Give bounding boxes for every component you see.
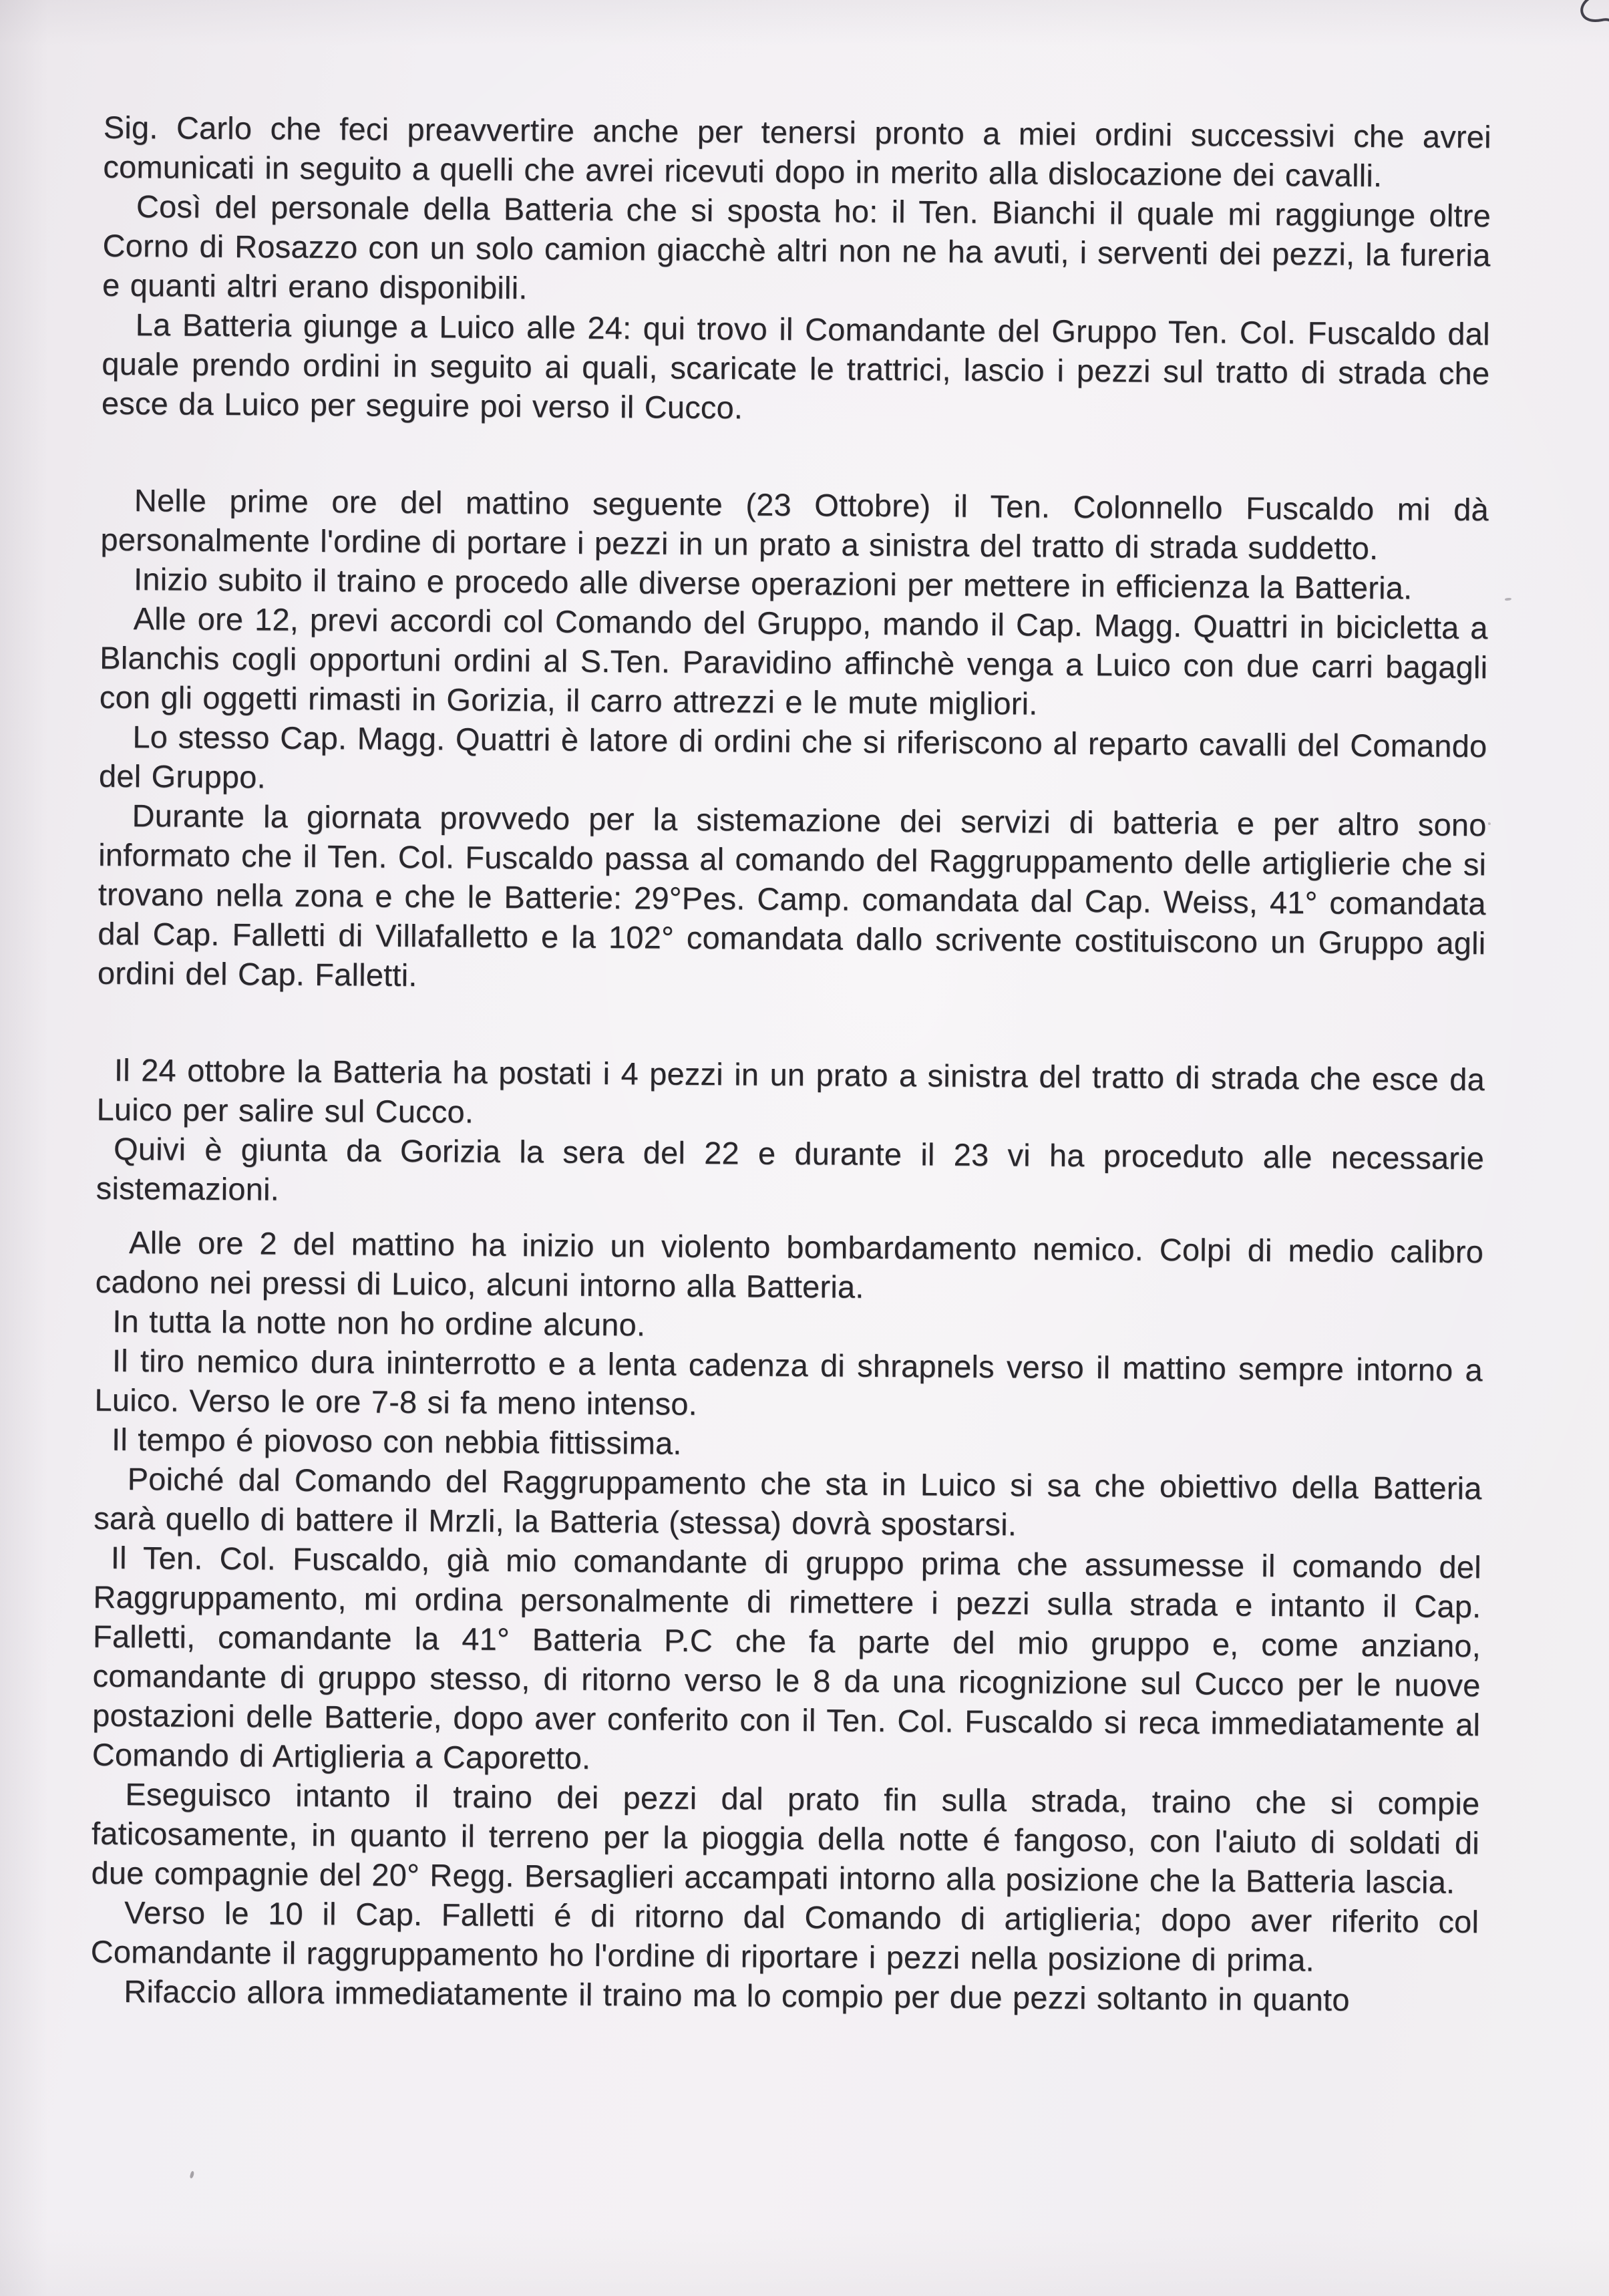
paragraph: Il 24 ottobre la Batteria ha postati i 4…	[96, 1050, 1485, 1139]
paragraph: Verso le 10 il Cap. Falletti é di ritorn…	[91, 1893, 1479, 1981]
paragraph: Lo stesso Cap. Magg. Quattri è latore di…	[99, 717, 1487, 806]
paragraph: Alle ore 2 del mattino ha inizio un viol…	[96, 1222, 1484, 1311]
pen-mark-icon	[1574, 0, 1609, 28]
paragraph: Eseguisco intanto il traino dei pezzi da…	[91, 1774, 1479, 1903]
paragraph: Sig. Carlo che feci preavvertire anche p…	[103, 108, 1491, 196]
scanned-page: Sig. Carlo che feci preavvertire anche p…	[0, 0, 1609, 2296]
paragraph: Il Ten. Col. Fuscaldo, già mio comandant…	[92, 1538, 1481, 1784]
document-text: Sig. Carlo che feci preavvertire anche p…	[90, 108, 1491, 2020]
paragraph: Nelle prime ore del mattino seguente (23…	[100, 480, 1489, 569]
paragraph: Alle ore 12, previ accordi col Comando d…	[100, 599, 1488, 727]
paragraph: Così del personale della Batteria che si…	[102, 186, 1491, 315]
paragraph: Il tiro nemico dura ininterrotto e a len…	[94, 1341, 1483, 1430]
paragraph: Quivi è giunta da Gorizia la sera del 22…	[96, 1129, 1485, 1218]
scan-speck	[189, 2170, 194, 2178]
paragraph: La Batteria giunge a Luico alle 24: qui …	[102, 305, 1490, 433]
paragraph: Poiché dal Comando del Raggruppamento ch…	[94, 1459, 1482, 1548]
scan-speck	[1488, 822, 1491, 825]
paragraph: Durante la giornata provvedo per la sist…	[98, 796, 1487, 1002]
scan-speck	[1505, 597, 1511, 601]
